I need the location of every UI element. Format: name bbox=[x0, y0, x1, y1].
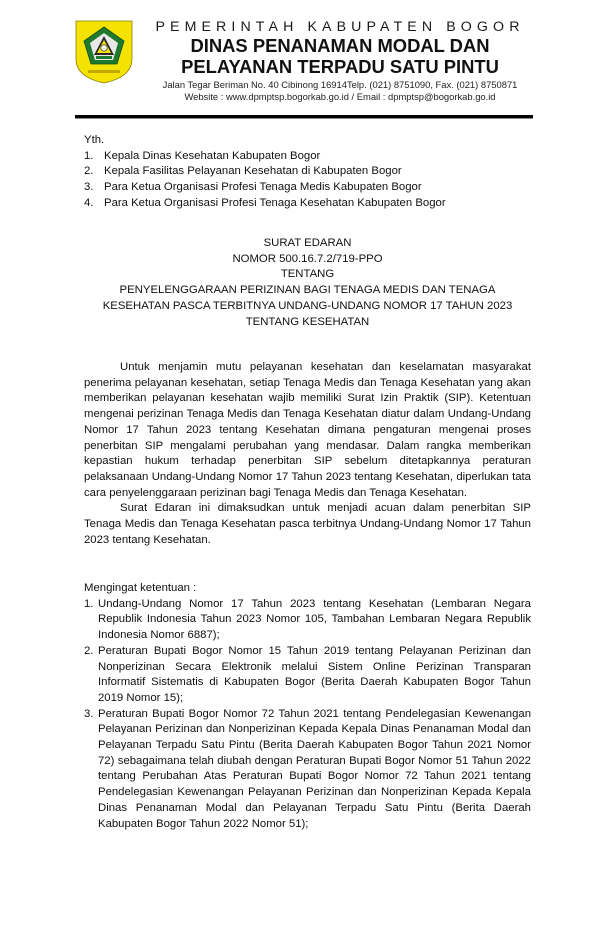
reference-text: Peraturan Bupati Bogor Nomor 15 Tahun 20… bbox=[98, 644, 531, 707]
recipient-item: 1. Kepala Dinas Kesehatan Kabupaten Bogo… bbox=[84, 149, 531, 165]
kabupaten-bogor-emblem-icon bbox=[74, 19, 134, 85]
title-line: TENTANG KESEHATAN bbox=[84, 315, 531, 331]
organization-block: PEMERINTAH KABUPATEN BOGOR DINAS PENANAM… bbox=[140, 19, 540, 102]
document-number: NOMOR 500.16.7.2/719-PPO bbox=[84, 252, 531, 268]
recipient-text: Kepala Dinas Kesehatan Kabupaten Bogor bbox=[104, 149, 320, 165]
letterhead: PEMERINTAH KABUPATEN BOGOR DINAS PENANAM… bbox=[0, 0, 595, 122]
recipient-item: 2. Kepala Fasilitas Pelayanan Kesehatan … bbox=[84, 164, 531, 180]
recipient-item: 3. Para Ketua Organisasi Profesi Tenaga … bbox=[84, 180, 531, 196]
letter-body: Untuk menjamin mutu pelayanan kesehatan … bbox=[84, 360, 531, 548]
recipient-number: 4. bbox=[84, 196, 104, 212]
title-line: PENYELENGGARAAN PERIZINAN BAGI TENAGA ME… bbox=[84, 283, 531, 299]
recipient-number: 3. bbox=[84, 180, 104, 196]
legal-basis-heading: Mengingat ketentuan : bbox=[84, 581, 531, 597]
title-line: KESEHATAN PASCA TERBITNYA UNDANG-UNDANG … bbox=[84, 299, 531, 315]
recipient-number: 2. bbox=[84, 164, 104, 180]
salutation: Yth. bbox=[84, 133, 531, 149]
legal-reference-item: 2. Peraturan Bupati Bogor Nomor 15 Tahun… bbox=[84, 644, 531, 707]
legal-reference-item: 3. Peraturan Bupati Bogor Nomor 72 Tahun… bbox=[84, 707, 531, 833]
recipients: Yth. 1. Kepala Dinas Kesehatan Kabupaten… bbox=[84, 133, 531, 212]
agency-contact: Website : www.dpmptsp.bogorkab.go.id / E… bbox=[140, 91, 540, 103]
agency-name-line1: DINAS PENANAMAN MODAL DAN bbox=[140, 35, 540, 56]
reference-text: Peraturan Bupati Bogor Nomor 72 Tahun 20… bbox=[98, 707, 531, 833]
title-line: TENTANG bbox=[84, 267, 531, 283]
recipient-text: Para Ketua Organisasi Profesi Tenaga Med… bbox=[104, 180, 422, 196]
agency-address: Jalan Tegar Beriman No. 40 Cibinong 1691… bbox=[140, 79, 540, 91]
agency-name-line2: PELAYANAN TERPADU SATU PINTU bbox=[140, 56, 540, 77]
body-paragraph: Surat Edaran ini dimaksudkan untuk menja… bbox=[84, 501, 531, 548]
legal-basis: Mengingat ketentuan : 1. Undang-Undang N… bbox=[84, 581, 531, 832]
letterhead-rule-thin bbox=[75, 118, 533, 119]
legal-reference-item: 1. Undang-Undang Nomor 17 Tahun 2023 ten… bbox=[84, 597, 531, 644]
reference-text: Undang-Undang Nomor 17 Tahun 2023 tentan… bbox=[98, 597, 531, 644]
recipient-text: Kepala Fasilitas Pelayanan Kesehatan di … bbox=[104, 164, 402, 180]
reference-number: 1. bbox=[84, 597, 98, 644]
recipient-number: 1. bbox=[84, 149, 104, 165]
title-line: SURAT EDARAN bbox=[84, 236, 531, 252]
body-paragraph: Untuk menjamin mutu pelayanan kesehatan … bbox=[84, 360, 531, 501]
reference-number: 2. bbox=[84, 644, 98, 707]
government-name: PEMERINTAH KABUPATEN BOGOR bbox=[140, 19, 540, 35]
document-title: SURAT EDARAN NOMOR 500.16.7.2/719-PPO TE… bbox=[84, 236, 531, 330]
reference-number: 3. bbox=[84, 707, 98, 833]
recipient-text: Para Ketua Organisasi Profesi Tenaga Kes… bbox=[104, 196, 446, 212]
recipient-item: 4. Para Ketua Organisasi Profesi Tenaga … bbox=[84, 196, 531, 212]
